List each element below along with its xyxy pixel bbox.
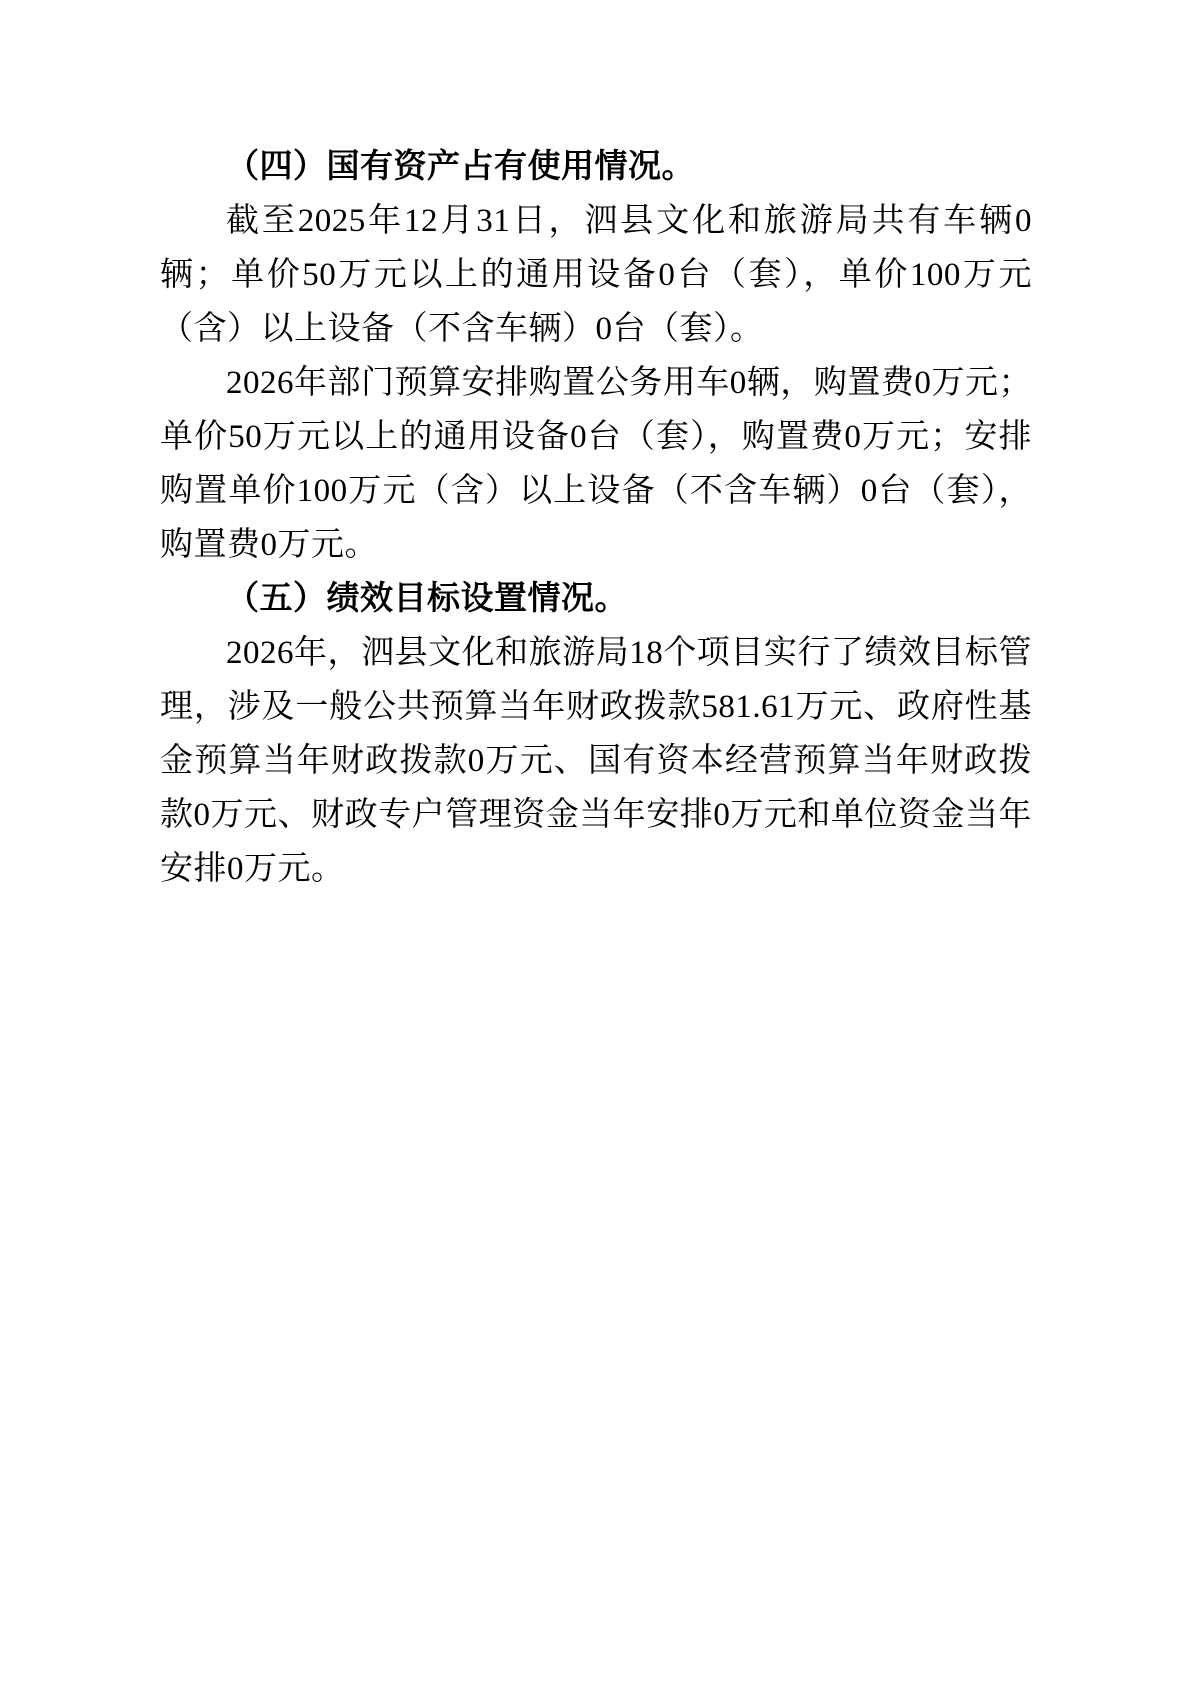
document-page: （四）国有资产占有使用情况。 截至2025年12月31日，泗县文化和旅游局共有车…	[0, 0, 1190, 1684]
paragraph-performance-targets: 2026年，泗县文化和旅游局18个项目实行了绩效目标管理，涉及一般公共预算当年财…	[160, 626, 1032, 896]
paragraph-assets-budget-2026: 2026年部门预算安排购置公务用车0辆，购置费0万元；单价50万元以上的通用设备…	[160, 356, 1032, 572]
section-heading-performance-targets: （五）绩效目标设置情况。	[160, 572, 1032, 626]
paragraph-assets-current: 截至2025年12月31日，泗县文化和旅游局共有车辆0辆；单价50万元以上的通用…	[160, 194, 1032, 356]
document-content: （四）国有资产占有使用情况。 截至2025年12月31日，泗县文化和旅游局共有车…	[160, 140, 1032, 896]
section-heading-state-assets: （四）国有资产占有使用情况。	[160, 140, 1032, 194]
